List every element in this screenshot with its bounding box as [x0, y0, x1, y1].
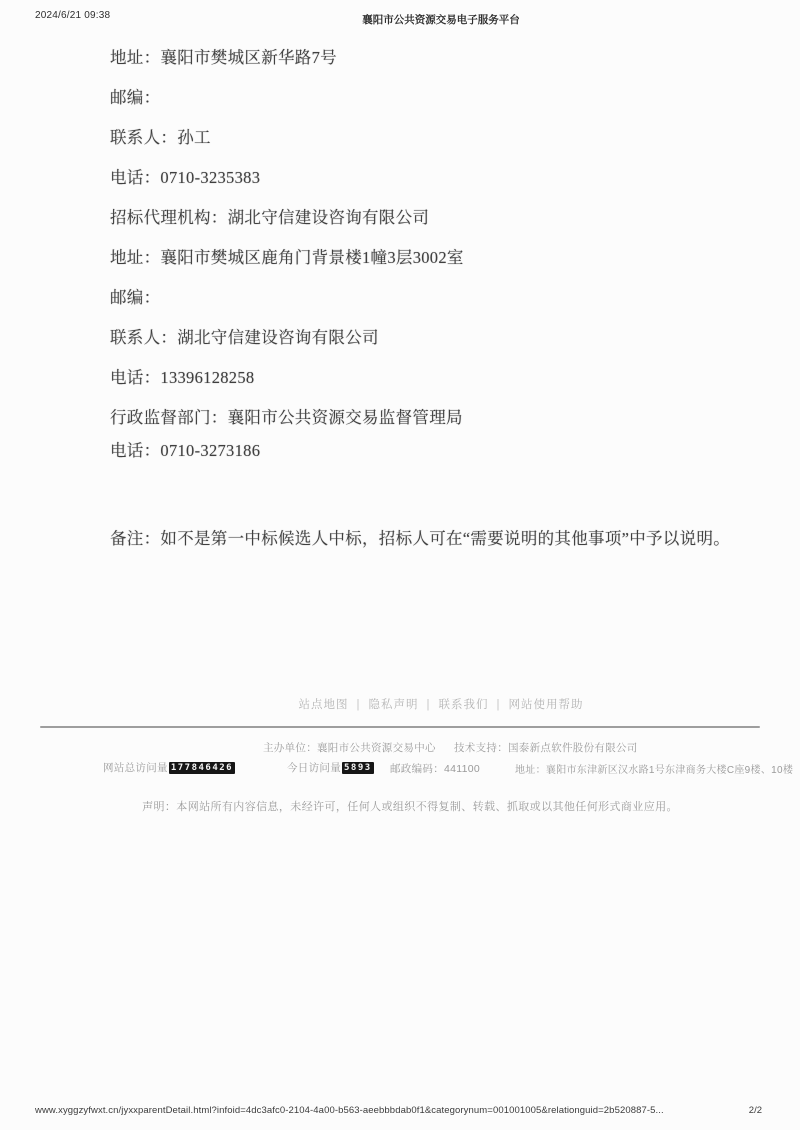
document-line-address: 地址：襄阳市樊城区新华路7号: [110, 48, 740, 68]
footer-link-sitemap[interactable]: 站点地图: [299, 699, 349, 711]
print-url: www.xyggzyfwxt.cn/jyxxparentDetail.html?…: [35, 1105, 664, 1116]
footer-tech-support: 技术支持：国泰新点软件股份有限公司: [454, 740, 638, 755]
link-separator: |: [427, 699, 431, 711]
document-remark: 备注：如不是第一中标候选人中标，招标人可在“需要说明的其他事项”中予以说明。: [110, 529, 740, 549]
footer-divider: [40, 726, 760, 728]
footer-declaration: 声明：本网站所有内容信息，未经许可，任何人或组织不得复制、转载、抓取或以其他任何…: [20, 798, 800, 814]
page-title: 襄阳市公共资源交易电子服务平台: [362, 14, 520, 26]
footer-host: 主办单位：襄阳市公共资源交易中心: [263, 740, 436, 755]
link-separator: |: [497, 699, 501, 711]
print-page-number: 2/2: [749, 1105, 762, 1116]
document-line-agency-postcode: 邮编：: [110, 288, 740, 308]
footer-link-privacy[interactable]: 隐私声明: [369, 699, 419, 711]
footer-total-visits: 网站总访问量177846426: [103, 760, 235, 775]
footer-link-contact[interactable]: 联系我们: [439, 699, 489, 711]
today-visits-label: 今日访问量: [287, 762, 341, 774]
document-line-supervisor: 行政监督部门：襄阳市公共资源交易监督管理局: [110, 408, 740, 428]
link-separator: |: [357, 699, 361, 711]
total-visits-counter: 177846426: [169, 762, 235, 774]
document-line-agency-contact: 联系人：湖北守信建设咨询有限公司: [110, 328, 740, 348]
footer-today-visits: 今日访问量5893: [287, 760, 374, 775]
print-preview-page: 2024/6/21 09:38 襄阳市公共资源交易电子服务平台 地址：襄阳市樊城…: [0, 0, 800, 1130]
today-visits-counter: 5893: [342, 762, 374, 774]
document-body: 地址：襄阳市樊城区新华路7号 邮编： 联系人：孙工 电话：0710-323538…: [110, 48, 740, 549]
document-line-supervisor-phone: 电话：0710-3273186: [110, 441, 740, 461]
footer-link-help[interactable]: 网站使用帮助: [509, 699, 584, 711]
document-line-agency-phone: 电话：13396128258: [110, 368, 740, 388]
document-line-phone: 电话：0710-3235383: [110, 168, 740, 188]
document-line-postcode: 邮编：: [110, 88, 740, 108]
print-header: 襄阳市公共资源交易电子服务平台: [82, 10, 800, 28]
footer-address: 地址：襄阳市东津新区汉水路1号东津商务大楼C座9楼、10楼: [515, 761, 793, 776]
document-line-agency-address: 地址：襄阳市樊城区鹿角门背景楼1幢3层3002室: [110, 248, 740, 268]
document-line-contact: 联系人：孙工: [110, 128, 740, 148]
total-visits-label: 网站总访问量: [103, 762, 168, 774]
footer-nav: 站点地图|隐私声明|联系我们|网站使用帮助: [82, 696, 800, 712]
footer-postcode: 邮政编码：441100: [390, 761, 480, 776]
document-line-agency: 招标代理机构：湖北守信建设咨询有限公司: [110, 208, 740, 228]
